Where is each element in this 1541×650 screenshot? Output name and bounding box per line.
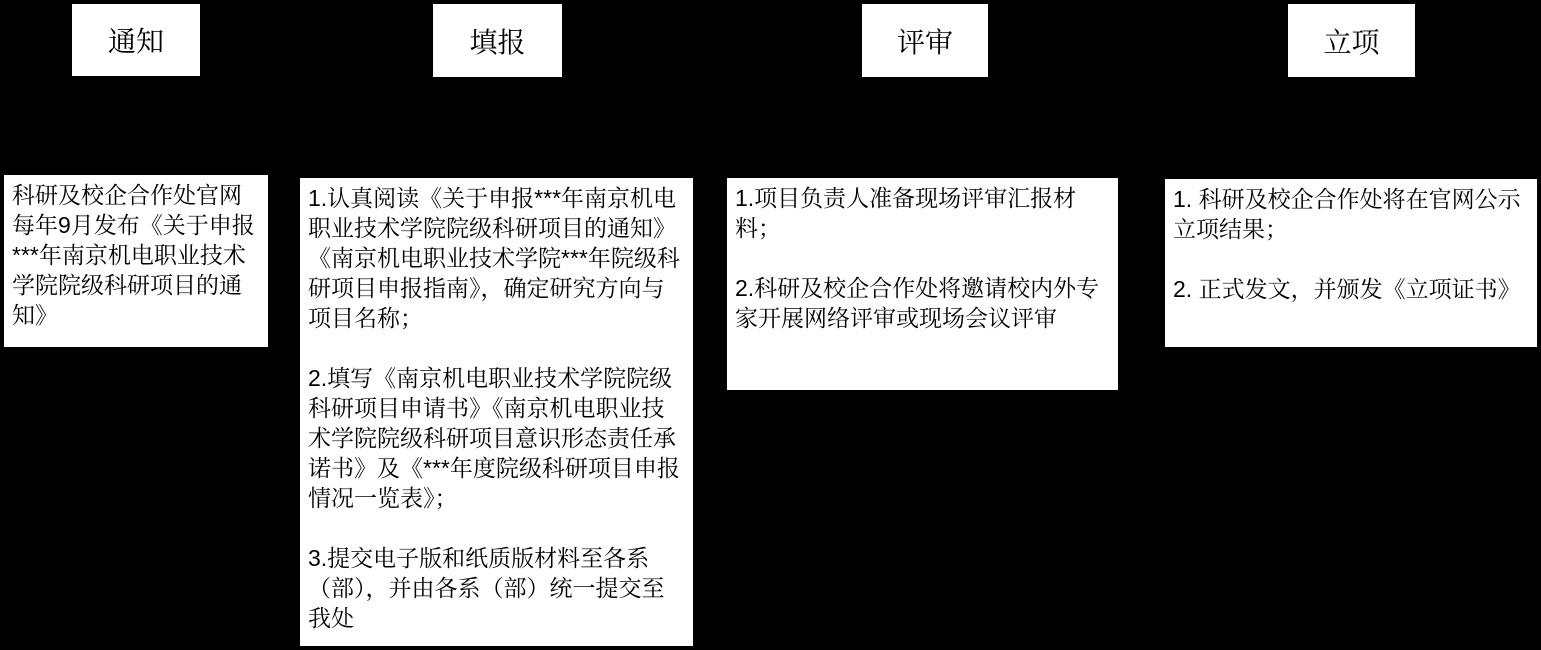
stage-detail-notice: 科研及校企合作处官网每年9月发布《关于申报***年南京机电职业技术学院院级科研项… (4, 175, 268, 347)
flowchart-canvas: 通知 填报 评审 立项 科研及校企合作处官网每年9月发布《关于申报***年南京机… (0, 0, 1541, 650)
stage-header-approval: 立项 (1288, 4, 1415, 77)
stage-header-application-label: 填报 (469, 21, 525, 61)
stage-header-review-label: 评审 (897, 21, 953, 61)
stage-detail-review-paragraph-2: 2.科研及校企合作处将邀请校内外专家开展网络评审或现场会议评审 (735, 273, 1110, 333)
stage-header-approval-label: 立项 (1323, 21, 1379, 61)
stage-detail-application-paragraph-3: 3.提交电子版和纸质版材料至各系（部），并由各系（部）统一提交至我处 (308, 543, 685, 633)
stage-detail-approval-paragraph-2: 2. 正式发文，并颁发《立项证书》 (1173, 274, 1529, 304)
stage-detail-review: 1.项目负责人准备现场评审汇报材料； 2.科研及校企合作处将邀请校内外专家开展网… (727, 178, 1118, 390)
stage-detail-application-paragraph-1: 1.认真阅读《关于申报***年南京机电职业技术学院院级科研项目的通知》《南京机电… (308, 183, 685, 333)
stage-detail-approval-paragraph-1: 1. 科研及校企合作处将在官网公示立项结果； (1173, 184, 1529, 244)
stage-detail-review-paragraph-1: 1.项目负责人准备现场评审汇报材料； (735, 183, 1110, 243)
stage-header-notice-label: 通知 (108, 20, 164, 60)
stage-header-review: 评审 (862, 4, 988, 77)
stage-detail-approval: 1. 科研及校企合作处将在官网公示立项结果； 2. 正式发文，并颁发《立项证书》 (1165, 179, 1537, 347)
stage-detail-notice-paragraph: 科研及校企合作处官网每年9月发布《关于申报***年南京机电职业技术学院院级科研项… (12, 180, 260, 330)
stage-header-notice: 通知 (72, 4, 200, 76)
stage-detail-application-paragraph-2: 2.填写《南京机电职业技术学院院级科研项目申请书》《南京机电职业技术学院院级科研… (308, 363, 685, 513)
stage-header-application: 填报 (433, 4, 562, 77)
stage-detail-application: 1.认真阅读《关于申报***年南京机电职业技术学院院级科研项目的通知》《南京机电… (300, 178, 693, 646)
